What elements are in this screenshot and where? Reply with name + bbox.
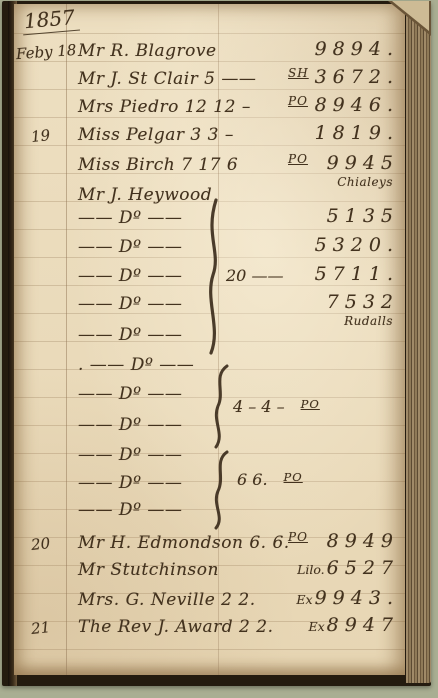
entry-name: Mrs Piedro 12 12 – bbox=[78, 97, 251, 117]
entry-name: —— Dº —— bbox=[78, 500, 182, 520]
folio-number: 9943. bbox=[315, 587, 399, 609]
folio-number: 5711. bbox=[315, 263, 399, 285]
brace-amount: 4 – 4 –PO bbox=[233, 397, 320, 416]
folio: Ex9943. bbox=[296, 587, 399, 609]
entry-name: Miss Birch 7 17 6 bbox=[78, 155, 238, 175]
ledger-row: —— Dº ——5135 bbox=[14, 207, 405, 233]
folio bbox=[397, 322, 399, 344]
payment-ref: PO bbox=[288, 94, 308, 108]
ledger-row: —— Dº —— bbox=[14, 499, 405, 525]
folio-number: 6527 bbox=[327, 557, 399, 579]
folio-number: 7532 bbox=[327, 291, 399, 313]
folio bbox=[397, 412, 399, 434]
folio: Ex8947 bbox=[308, 614, 399, 636]
folio-number: 8946. bbox=[315, 94, 399, 116]
brace-amount: 6 6.PO bbox=[237, 470, 303, 489]
entry-name: —— Dº —— bbox=[78, 384, 182, 404]
folio: 3672. bbox=[313, 66, 399, 88]
folio: 5711. bbox=[313, 263, 399, 285]
folio-prefix: Lilo. bbox=[297, 562, 325, 577]
entry-name: —— Dº —— bbox=[78, 266, 182, 286]
folio: 9945 bbox=[325, 152, 399, 174]
entry-name: —— Dº —— bbox=[78, 445, 182, 465]
ledger-row: —— Dº —— bbox=[14, 444, 405, 470]
payment-ref: PO bbox=[288, 152, 308, 166]
ledger-row: . —— Dº —— bbox=[14, 354, 405, 380]
entry-name: Mrs. G. Neville 2 2. bbox=[78, 590, 256, 610]
folio: 5135 bbox=[325, 205, 399, 227]
payment-ref: PO bbox=[301, 397, 320, 411]
ledger-row: Mrs Piedro 12 12 –PO8946. bbox=[14, 96, 405, 122]
year-heading: 1857 bbox=[21, 5, 80, 36]
day-label: 20 bbox=[30, 534, 51, 554]
brace-amount: 20 —— bbox=[226, 266, 283, 285]
entry-name: —— Dº —— bbox=[78, 237, 182, 257]
entry-name: Mr R. Blagrove bbox=[78, 41, 217, 61]
entry-name: —— Dº —— bbox=[78, 325, 182, 345]
ledger-row: —— Dº ——5711. bbox=[14, 265, 405, 291]
folio-number: 8949 bbox=[327, 530, 399, 552]
folio-number: 3672. bbox=[315, 66, 399, 88]
dog-ear-corner bbox=[392, 1, 429, 31]
entry-name: Miss Pelgar 3 3 – bbox=[78, 125, 234, 145]
folio bbox=[397, 182, 399, 204]
folio bbox=[397, 442, 399, 464]
ledger-row: 20Mr H. Edmondson 6. 6.PO8949 bbox=[14, 532, 405, 558]
ledger-row: Mr StutchinsonLilo.6527 bbox=[14, 559, 405, 585]
entry-name: The Rev J. Award 2 2. bbox=[78, 617, 273, 637]
folio-prefix: Ex bbox=[308, 619, 324, 634]
ledger-row: —— Dº —— bbox=[14, 383, 405, 409]
folio: Lilo.6527 bbox=[297, 557, 399, 579]
payment-ref: PO bbox=[284, 470, 303, 484]
folio-prefix: Ex bbox=[296, 592, 312, 607]
folio bbox=[397, 352, 399, 374]
entry-name: . —— Dº —— bbox=[78, 355, 194, 375]
folio-number: 8947 bbox=[327, 614, 399, 636]
entry-name: Mr Stutchinson bbox=[78, 560, 219, 580]
ledger-row: 19Miss Pelgar 3 3 –1819. bbox=[14, 124, 405, 150]
folio: 8949 bbox=[325, 530, 399, 552]
brace-amount-text: 4 – 4 – bbox=[233, 397, 285, 416]
folio-number: 9894. bbox=[315, 38, 399, 60]
folio bbox=[397, 470, 399, 492]
entry-name: Mr J. Heywood bbox=[78, 185, 212, 205]
brace-amount-text: 20 —— bbox=[226, 266, 283, 285]
entry-name: —— Dº —— bbox=[78, 208, 182, 228]
ledger-page: 1857 Feby 18Mr R. Blagrove9894.Mr J. St … bbox=[14, 4, 405, 675]
day-label: 19 bbox=[30, 126, 51, 146]
folio-number: 5320. bbox=[315, 234, 399, 256]
ledger-row: —— Dº —— bbox=[14, 414, 405, 440]
entry-name: —— Dº —— bbox=[78, 473, 182, 493]
entry-name: Mr H. Edmondson 6. 6. bbox=[78, 533, 290, 553]
payment-ref: SH bbox=[288, 66, 309, 80]
day-label: 21 bbox=[30, 618, 51, 638]
payment-ref: PO bbox=[288, 530, 308, 544]
ledger-photo: 1857 Feby 18Mr R. Blagrove9894.Mr J. St … bbox=[0, 0, 438, 698]
folio-number: 1819. bbox=[315, 122, 399, 144]
date-label: Feby 18 bbox=[15, 41, 77, 63]
entry-name: —— Dº —— bbox=[78, 415, 182, 435]
ledger-row: —— Dº —— bbox=[14, 324, 405, 350]
ledger-row: Miss Birch 7 17 6PO9945Chialeys bbox=[14, 154, 405, 180]
ledger-row: —— Dº ——5320. bbox=[14, 236, 405, 262]
ledger-row: —— Dº ——7532Rudalls bbox=[14, 293, 405, 319]
folio: 9894. bbox=[313, 38, 399, 60]
ledger-row: —— Dº —— bbox=[14, 472, 405, 498]
folio bbox=[397, 497, 399, 519]
folio-number: 5135 bbox=[327, 205, 399, 227]
ledger-row: Mr J. St Clair 5 ——SH3672. bbox=[14, 68, 405, 94]
folio: 1819. bbox=[313, 122, 399, 144]
folio: 7532 bbox=[325, 291, 399, 313]
ledger-row: Mrs. G. Neville 2 2.Ex9943. bbox=[14, 589, 405, 615]
book-cover: 1857 Feby 18Mr R. Blagrove9894.Mr J. St … bbox=[2, 1, 431, 686]
ledger-row: 21The Rev J. Award 2 2.Ex8947 bbox=[14, 616, 405, 642]
folio bbox=[397, 381, 399, 403]
folio: 5320. bbox=[313, 234, 399, 256]
folio: 8946. bbox=[313, 94, 399, 116]
entry-name: —— Dº —— bbox=[78, 294, 182, 314]
brace-amount-text: 6 6. bbox=[237, 470, 268, 489]
ledger-row: Feby 18Mr R. Blagrove9894. bbox=[14, 40, 405, 66]
entry-name: Mr J. St Clair 5 —— bbox=[78, 69, 256, 89]
page-stack-edge bbox=[406, 5, 431, 683]
folio-number: 9945 bbox=[327, 152, 399, 174]
